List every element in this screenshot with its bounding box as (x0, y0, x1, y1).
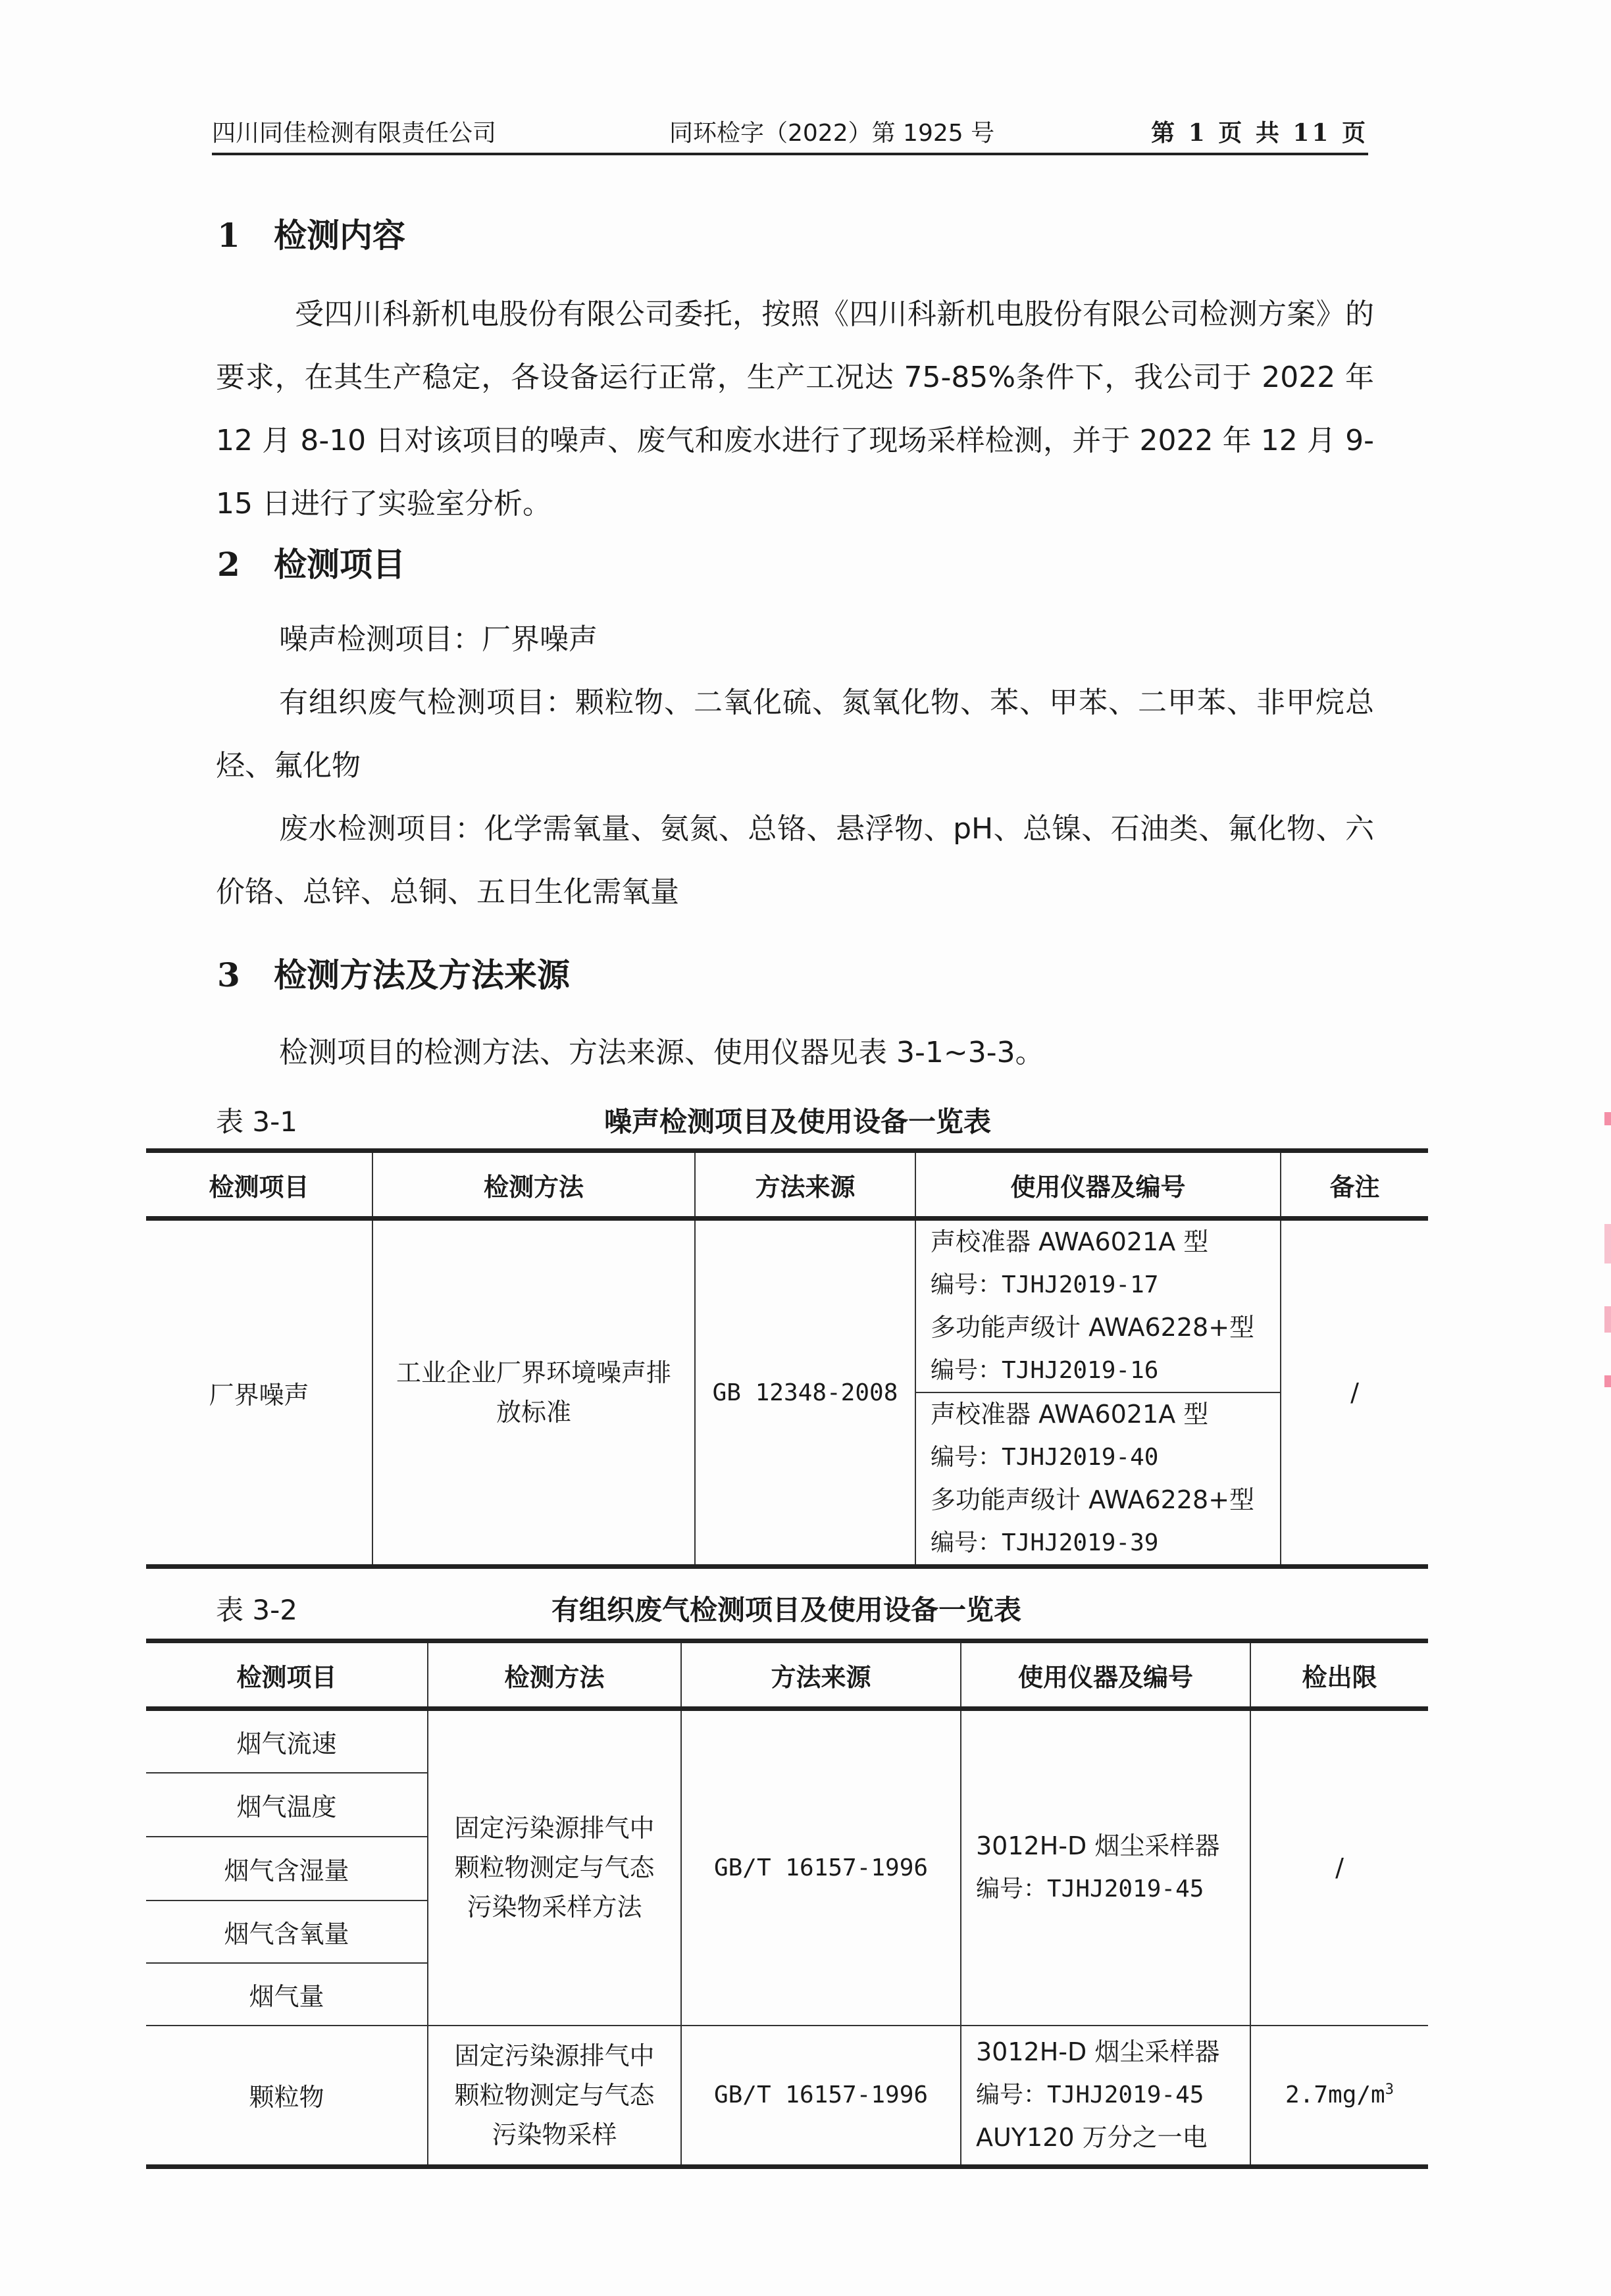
cell-limit: / (1250, 1709, 1428, 2026)
seal-fragment (1604, 1375, 1611, 1387)
cell-item: 烟气流速 (146, 1709, 428, 1773)
instrument-line: 编号：TJHJ2019-45 (976, 2074, 1240, 2116)
cell-source: GB 12348-2008 (695, 1219, 915, 1567)
instrument-line: 多功能声级计 AWA6228+型 (931, 1479, 1271, 1521)
seal-fragment (1604, 1224, 1611, 1263)
cell-note: / (1281, 1219, 1428, 1567)
table-row: 厂界噪声 工业企业厂界环境噪声排放标准 GB 12348-2008 声校准器 A… (146, 1219, 1428, 1393)
cell-item: 烟气含湿量 (146, 1837, 428, 1901)
column-header: 检测方法 (428, 1641, 681, 1709)
column-header: 检测项目 (146, 1641, 428, 1709)
instrument-line: 编号：TJHJ2019-17 (931, 1263, 1271, 1306)
section-heading-1: 1检测内容 (217, 209, 405, 257)
section-number: 3 (217, 956, 274, 994)
instrument-line: 编号：TJHJ2019-40 (931, 1436, 1271, 1479)
cell-method: 固定污染源排气中颗粒物测定与气态污染物采样 (428, 2026, 681, 2167)
section-title: 检测项目 (274, 546, 405, 584)
instrument-line: 3012H-D 烟尘采样器 (976, 2031, 1240, 2074)
table-row: 烟气流速 固定污染源排气中颗粒物测定与气态污染物采样方法 GB/T 16157-… (146, 1709, 1428, 1773)
seal-fragment (1604, 1112, 1611, 1125)
report-number: 同环检字（2022）第 1925 号 (669, 115, 994, 148)
section-heading-2: 2检测项目 (217, 538, 405, 586)
section-number: 1 (217, 216, 274, 255)
cell-source: GB/T 16157-1996 (681, 1709, 961, 2026)
cell-item: 颗粒物 (146, 2026, 428, 2167)
column-header: 使用仪器及编号 (915, 1151, 1281, 1219)
section-heading-3: 3检测方法及方法来源 (217, 949, 570, 996)
column-header: 检测项目 (146, 1151, 372, 1219)
cell-method: 固定污染源排气中颗粒物测定与气态污染物采样方法 (428, 1709, 681, 2026)
company-name: 四川同佳检测有限责任公司 (212, 115, 496, 148)
methods-paragraph: 检测项目的检测方法、方法来源、使用仪器见表 3-1~3-3。 (216, 1021, 1374, 1084)
table-label: 表 3-1 (216, 1100, 297, 1140)
cell-instruments-set-1: 声校准器 AWA6021A 型 编号：TJHJ2019-17 多功能声级计 AW… (915, 1219, 1281, 1393)
table-header-row: 检测项目 检测方法 方法来源 使用仪器及编号 检出限 (146, 1641, 1428, 1709)
column-header: 使用仪器及编号 (961, 1641, 1250, 1709)
table-title: 噪声检测项目及使用设备一览表 (604, 1100, 991, 1140)
seal-fragment (1604, 1306, 1611, 1333)
instrument-line: 编号：TJHJ2019-16 (931, 1349, 1271, 1392)
instrument-line: 声校准器 AWA6021A 型 (931, 1393, 1271, 1436)
column-header: 检出限 (1250, 1641, 1428, 1709)
cell-item: 烟气量 (146, 1963, 428, 2026)
noise-items-paragraph: 噪声检测项目：厂界噪声 (216, 608, 1374, 671)
instrument-line: 编号：TJHJ2019-39 (931, 1521, 1271, 1564)
wastewater-items-paragraph: 废水检测项目：化学需氧量、氨氮、总铬、悬浮物、pH、总镍、石油类、氟化物、六价铬… (216, 798, 1374, 924)
cell-item: 烟气温度 (146, 1773, 428, 1837)
instrument-line: AUY120 万分之一电 (976, 2116, 1240, 2159)
cell-instruments-set-2: 声校准器 AWA6021A 型 编号：TJHJ2019-40 多功能声级计 AW… (915, 1392, 1281, 1567)
section-1-paragraph: 受四川科新机电股份有限公司委托，按照《四川科新机电股份有限公司检测方案》的要求，… (216, 283, 1374, 536)
column-header: 检测方法 (372, 1151, 695, 1219)
column-header: 方法来源 (695, 1151, 915, 1219)
section-title: 检测方法及方法来源 (274, 956, 570, 994)
cell-source: GB/T 16157-1996 (681, 2026, 961, 2167)
table-label: 表 3-2 (216, 1589, 297, 1628)
column-header: 方法来源 (681, 1641, 961, 1709)
cell-method: 工业企业厂界环境噪声排放标准 (372, 1219, 695, 1567)
cell-item: 烟气含氧量 (146, 1901, 428, 1963)
section-title: 检测内容 (274, 217, 405, 255)
page-number: 第 1 页 共 11 页 (1151, 115, 1368, 148)
instrument-line: 多功能声级计 AWA6228+型 (931, 1306, 1271, 1349)
section-number: 2 (217, 545, 274, 584)
table-header-row: 检测项目 检测方法 方法来源 使用仪器及编号 备注 (146, 1151, 1428, 1219)
limit-unit-superscript: 3 (1385, 2081, 1394, 2098)
table-title: 有组织废气检测项目及使用设备一览表 (551, 1589, 1021, 1628)
exhaust-equipment-table: 检测项目 检测方法 方法来源 使用仪器及编号 检出限 烟气流速 固定污染源排气中… (146, 1639, 1428, 2169)
page-header: 四川同佳检测有限责任公司 同环检字（2022）第 1925 号 第 1 页 共 … (212, 105, 1368, 155)
cell-instruments: 3012H-D 烟尘采样器 编号：TJHJ2019-45 (961, 1709, 1250, 2026)
cell-limit: 2.7mg/m3 (1250, 2026, 1428, 2167)
cell-instruments: 3012H-D 烟尘采样器 编号：TJHJ2019-45 AUY120 万分之一… (961, 2026, 1250, 2167)
cell-item: 厂界噪声 (146, 1219, 372, 1567)
instrument-line: 3012H-D 烟尘采样器 (976, 1825, 1240, 1868)
noise-equipment-table: 检测项目 检测方法 方法来源 使用仪器及编号 备注 厂界噪声 工业企业厂界环境噪… (146, 1148, 1428, 1569)
table-row: 颗粒物 固定污染源排气中颗粒物测定与气态污染物采样 GB/T 16157-199… (146, 2026, 1428, 2167)
column-header: 备注 (1281, 1151, 1428, 1219)
instrument-line: 声校准器 AWA6021A 型 (931, 1221, 1271, 1263)
limit-value: 2.7mg/m (1285, 2081, 1385, 2108)
instrument-line: 编号：TJHJ2019-45 (976, 1868, 1240, 1910)
exhaust-items-paragraph: 有组织废气检测项目：颗粒物、二氧化硫、氮氧化物、苯、甲苯、二甲苯、非甲烷总烃、氟… (216, 671, 1374, 798)
